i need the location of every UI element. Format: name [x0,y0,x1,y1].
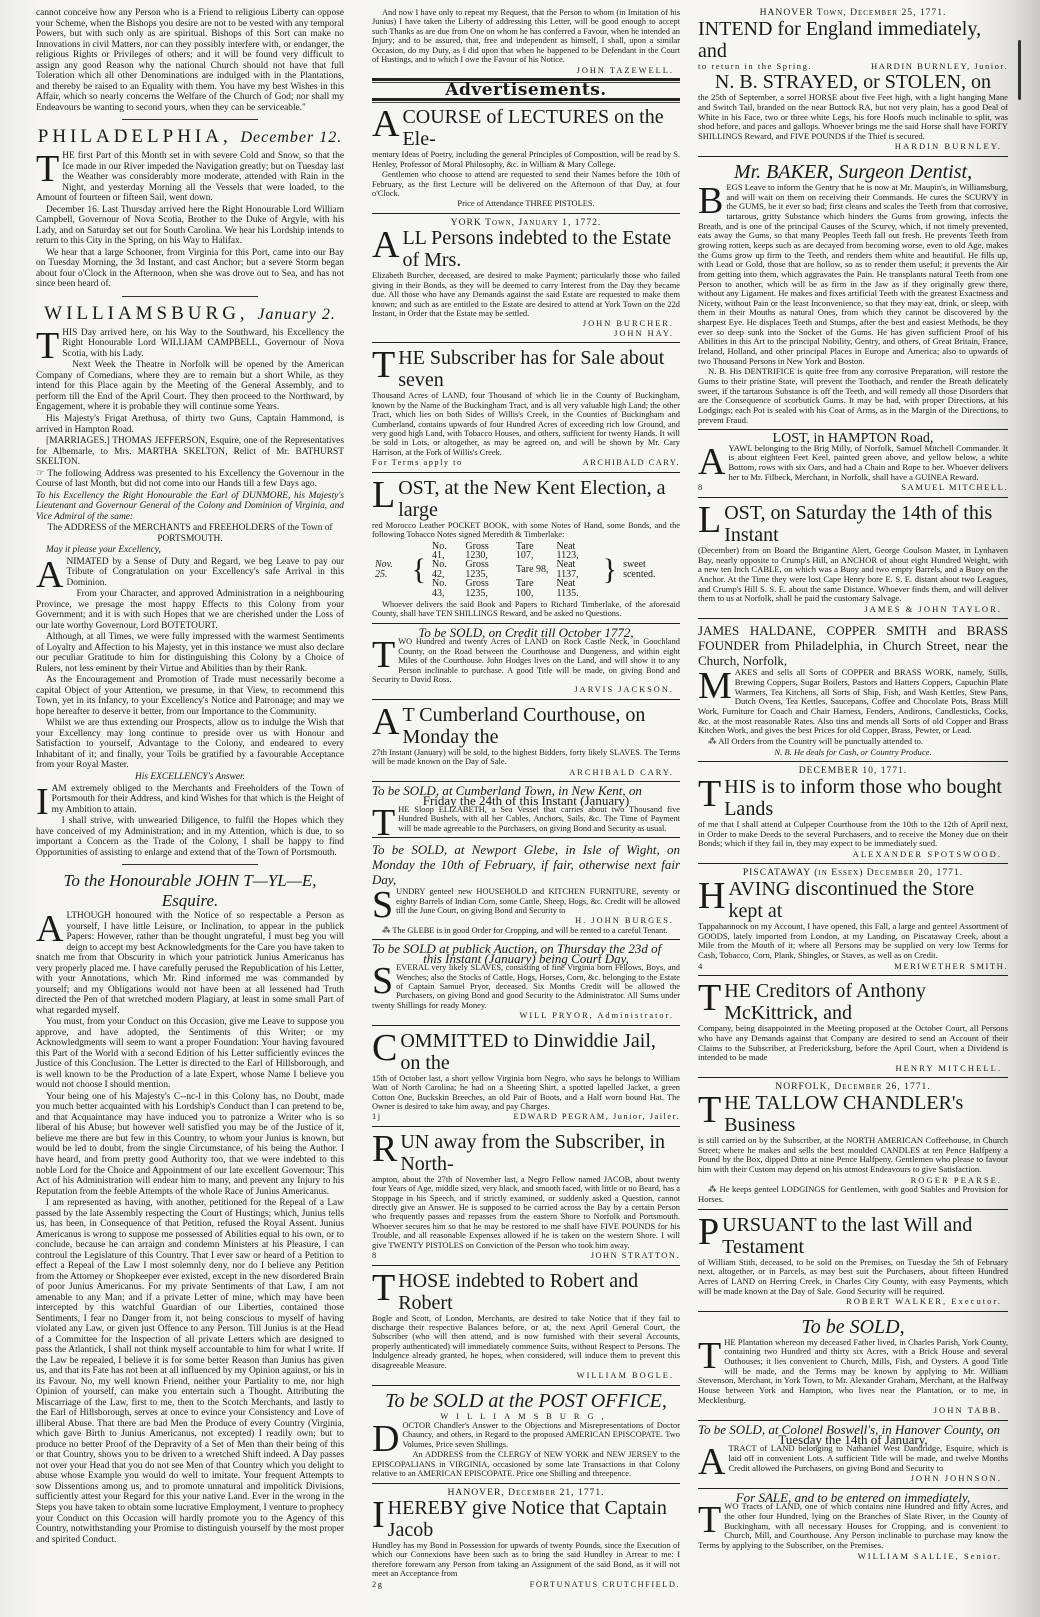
drop-cap: S [372,965,393,997]
divider [698,863,1008,864]
drop-cap: T [698,1340,721,1372]
drop-cap: I [372,1499,385,1531]
drop-cap: T [372,1272,395,1304]
ad-tallow-chandler: NORFOLK, December 26, 1771. T HE TALLOW … [698,1082,1008,1204]
tobacco-notes-table: Nov. 25. { No. 41, Gross 1230, Tare 107,… [372,542,680,599]
drop-cap: T [372,639,395,671]
divider [372,213,680,214]
news-philadelphia: T HE first Part of this Month set in wit… [36,151,344,290]
drop-cap: S [372,889,393,921]
letter-ending: And now I have only to repeat my Request… [372,8,680,65]
ad-lost-pocketbook: L OST, at the New Kent Election, a large… [372,477,680,619]
ad-glebe: To be SOLD, at Newport Glebe, in Isle of… [372,842,680,935]
drop-cap: T [36,330,59,362]
ad-stith-estate: P URSUANT to the last Will and Testament… [698,1214,1008,1307]
divider [698,1077,1008,1078]
drop-cap: A [372,706,399,738]
drop-cap: P [698,1216,719,1248]
address-title: The ADDRESS of the MERCHANTS and FREEHOL… [36,523,344,544]
divider [372,1126,680,1127]
divider [122,119,258,120]
divider [698,497,1008,498]
brace-left: { [409,542,429,599]
divider [122,864,258,865]
drop-cap: T [698,982,721,1014]
drop-cap: T [36,153,59,185]
drop-cap: A [698,1446,725,1478]
ad-pryor-auction: To be SOLD at publick Auction, on Thursd… [372,944,680,1020]
drop-cap: I [36,786,49,818]
letter-heading: To the Honourable JOHN T—YL—E, Esquire. [36,871,344,911]
ad-baker-dentist: Mr. BAKER, Surgeon Dentist, B EGS Leave … [698,161,1008,425]
ad-mckittrick-creditors: T HE Creditors of Anthony McKittrick, an… [698,980,1008,1073]
letter-continuation: cannot conceive how any Person who is a … [36,8,344,113]
drop-cap: T [372,807,395,839]
divider [698,761,1008,762]
divider [698,975,1008,976]
drop-cap: H [698,880,725,912]
drop-cap: T [698,1504,721,1536]
letter-to-tazewell: A LTHOUGH honoured with the Notice of so… [36,911,344,1545]
divider [372,1265,680,1266]
drop-cap: T [372,349,395,381]
ad-lost-yawl: LOST, in HAMPTON Road, A YAWL belonging … [698,434,1008,493]
advertisements-heading: Advertisements. [372,86,680,95]
divider [698,429,1008,430]
divider [372,623,680,624]
column-1: cannot conceive how any Person who is a … [36,8,344,1546]
divider [372,837,680,838]
drop-cap: T [698,1094,721,1126]
signature: JOHN TAZEWELL. [372,66,674,75]
divider [372,781,680,782]
ad-bogle: T HOSE indebted to Robert and Robert Bog… [372,1270,680,1381]
drop-cap: B [698,185,723,217]
ad-johnson-tract: To be SOLD, at Colonel Boswell's, in Han… [698,1425,1008,1484]
drop-cap: T [698,778,721,810]
ad-sloop: To be SOLD, at Cumberland Town, in New K… [372,786,680,833]
ad-tabb-plantation: To be SOLD, T HE Plantation whereon my d… [698,1316,1008,1416]
drop-cap: A [698,446,725,478]
divider [698,1488,1008,1489]
drop-cap: A [36,559,63,591]
ad-spotswood: DECEMBER 10, 1771. T HIS is to inform th… [698,766,1008,859]
ad-committed-jail: C OMMITTED to Dinwiddie Jail, on the 15t… [372,1030,680,1122]
divider [698,1420,1008,1421]
ad-crutchfield: HANOVER, December 21, 1771. I HEREBY giv… [372,1488,680,1590]
drop-cap: A [372,229,399,261]
answer-heading: His EXCELLENCY's Answer. [36,772,344,783]
drop-cap: L [698,504,721,536]
ad-post-office: To be SOLD at the POST OFFICE, WILLIAMSB… [372,1390,680,1479]
drop-cap: L [372,479,395,511]
ad-lost-anchor: L OST, on Saturday the 14th of this Inst… [698,502,1008,614]
drop-cap: A [36,913,63,945]
ad-runaway: R UN away from the Subscriber, in North-… [372,1131,680,1261]
divider [372,939,680,940]
divider [372,342,680,343]
scan-edge-mark [1018,40,1021,100]
dateline-williamsburg: WILLIAMSBURG, January 2. [36,303,344,326]
ad-lectures: A COURSE of LECTURES on the Ele- mentary… [372,106,680,209]
divider [372,1385,680,1386]
divider [122,296,258,297]
column-3: HANOVER Town, December 25, 1771. INTEND … [698,8,1008,1561]
divider [698,156,1008,157]
dateline-philadelphia: PHILADELPHIA, December 12. [36,126,344,149]
drop-cap: D [372,1423,399,1455]
table-row: Nov. 25. { No. 41, Gross 1230, Tare 107,… [372,542,680,561]
drop-cap: C [372,1032,397,1064]
ad-haldane: JAMES HALDANE, COPPER SMITH and BRASS FO… [698,623,1008,757]
divider [698,1311,1008,1312]
drop-cap: A [372,108,399,140]
ad-sallie-land: For SALE, and to be entered on immediate… [698,1493,1008,1561]
ad-jackson-land: To be SOLD, on Credit till October 1772,… [372,628,680,695]
ad-meriwether-smith: PISCATAWAY (in Essex) December 20, 1771.… [698,868,1008,971]
ad-cary-land: T HE Subscriber has for Sale about seven… [372,347,680,467]
divider [698,618,1008,619]
drop-cap: R [372,1133,397,1165]
drop-cap: M [698,670,732,702]
newspaper-page: cannot conceive how any Person who is a … [0,0,1040,1617]
column-2: And now I have only to repeat my Request… [372,8,680,1589]
address-recipient: To his Excellency the Right Honourable t… [36,491,344,523]
ad-burnley: HANOVER Town, December 25, 1771. INTEND … [698,8,1008,152]
divider [372,1483,680,1484]
ad-cumberland-sale: A T Cumberland Courthouse, on Monday the… [372,704,680,777]
ad-burcher-estate: YORK Town, January 1, 1772. A LL Persons… [372,218,680,338]
divider [372,472,680,473]
divider [698,1209,1008,1210]
news-williamsburg: T HIS Day arrived here, on his Way to th… [36,328,344,858]
divider [372,699,680,700]
brace-right: } [600,542,620,599]
divider [372,1025,680,1026]
